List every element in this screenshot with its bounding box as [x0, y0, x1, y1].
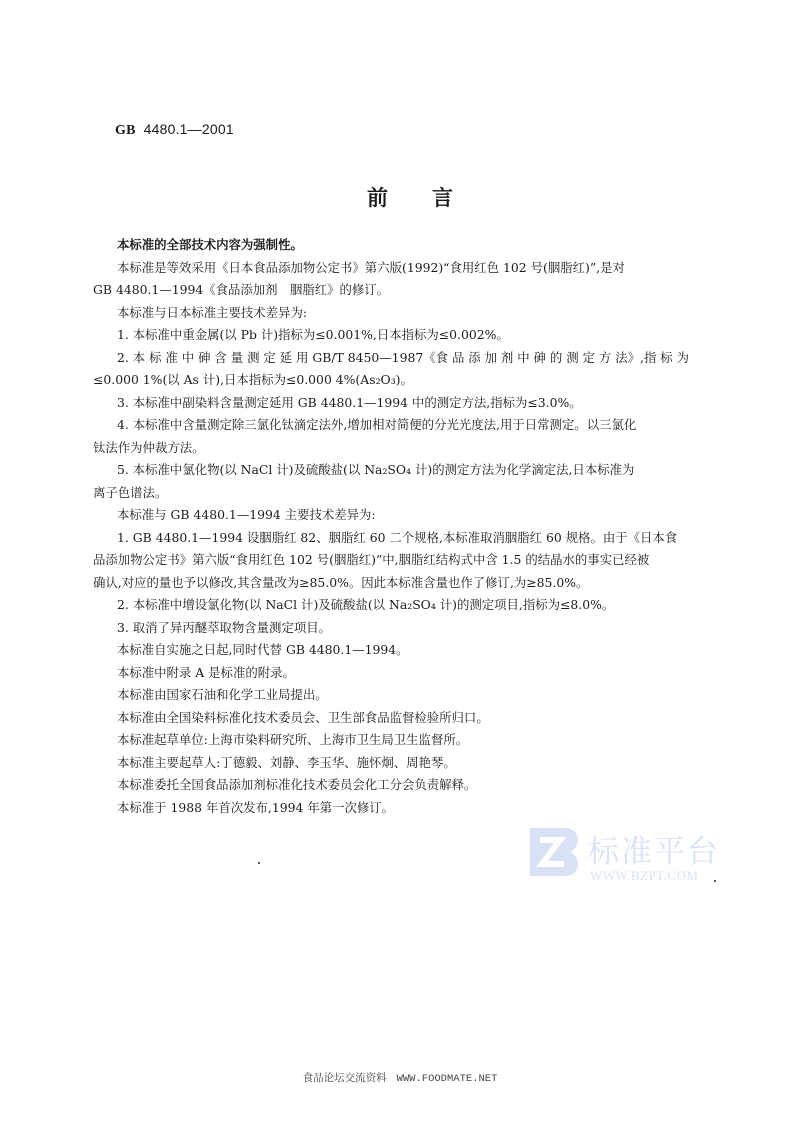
standard-code: 4480.1—2001	[144, 121, 234, 137]
footer-url: WWW.FOODMATE.NET	[397, 1073, 498, 1085]
paragraph: GB 4480.1—1994《食品添加剂 胭脂红》的修订。	[93, 279, 717, 302]
paragraph: 本标准起草单位:上海市染料研究所、上海市卫生局卫生监督所。	[117, 729, 717, 752]
paragraph: 本标准的全部技术内容为强制性。	[117, 234, 717, 257]
paragraph: ≤0.000 1%(以 As 计),日本指标为≤0.000 4%(As₂O₃)。	[93, 369, 717, 392]
paragraph: 本标准委托全国食品添加剂标准化技术委员会化工分会负责解释。	[117, 774, 717, 797]
footer-label: 食品论坛交流资料	[303, 1072, 387, 1084]
paragraph: 离子色谱法。	[93, 482, 717, 505]
page-title: 前言	[367, 182, 497, 212]
paragraph: 本标准于 1988 年首次发布,1994 年第一次修订。	[117, 797, 717, 820]
paragraph: 本标准由国家石油和化学工业局提出。	[117, 684, 717, 707]
paragraph: 钛法作为仲裁方法。	[93, 437, 717, 460]
bzpt-logo-icon	[528, 826, 580, 878]
watermark: 标准平台 WWW.BZPT.COM	[528, 826, 728, 886]
paragraph: 本标准与 GB 4480.1—1994 主要技术差异为:	[117, 504, 717, 527]
paragraph: 品添加物公定书》第六版“食用红色 102 号(胭脂红)”中,胭脂红结构式中含 1…	[93, 549, 717, 572]
paragraph: 2. 本标准中增设氯化物(以 NaCl 计)及硫酸盐(以 Na₂SO₄ 计)的测…	[117, 594, 717, 617]
paragraph: 1. GB 4480.1—1994 设胭脂红 82、胭脂红 60 二个规格,本标…	[117, 527, 717, 550]
standard-prefix: GB	[115, 123, 136, 138]
scan-speck	[714, 880, 716, 882]
paragraph: 本标准中附录 A 是标准的附录。	[117, 662, 717, 685]
paragraph: 3. 取消了异丙醚萃取物含量测定项目。	[117, 617, 717, 640]
paragraph: 确认,对应的量也予以修改,其含量改为≥85.0%。因此本标准含量也作了修订,为≥…	[93, 572, 717, 595]
paragraph: 5. 本标准中氯化物(以 NaCl 计)及硫酸盐(以 Na₂SO₄ 计)的测定方…	[117, 459, 717, 482]
paragraph: 本标准自实施之日起,同时代替 GB 4480.1—1994。	[117, 639, 717, 662]
paragraph: 本标准主要起草人:丁德毅、刘静、李玉华、施怀炯、周艳琴。	[117, 752, 717, 775]
scan-speck	[258, 862, 260, 864]
paragraph: 3. 本标准中副染料含量测定延用 GB 4480.1—1994 中的测定方法,指…	[117, 392, 717, 415]
paragraph: 4. 本标准中含量测定除三氯化钛滴定法外,增加相对简便的分光光度法,用于日常测定…	[117, 414, 717, 437]
paragraph: 本标准是等效采用《日本食品添加物公定书》第六版(1992)“食用红色 102 号…	[117, 257, 717, 280]
watermark-text: 标准平台	[588, 826, 720, 871]
watermark-url: WWW.BZPT.COM	[590, 868, 699, 884]
paragraph: 本标准由全国染料标准化技术委员会、卫生部食品监督检验所归口。	[117, 707, 717, 730]
paragraph: 1. 本标准中重金属(以 Pb 计)指标为≤0.001%,日本指标为≤0.002…	[117, 324, 717, 347]
paragraph: 本标准与日本标准主要技术差异为:	[117, 302, 717, 325]
paragraph: 2. 本 标 准 中 砷 含 量 测 定 延 用 GB/T 8450—1987《…	[117, 347, 717, 370]
page-footer: 食品论坛交流资料WWW.FOODMATE.NET	[0, 1070, 800, 1085]
standard-number: GB4480.1—2001	[115, 121, 234, 139]
foreword-body: 本标准的全部技术内容为强制性。 本标准是等效采用《日本食品添加物公定书》第六版(…	[117, 234, 717, 819]
